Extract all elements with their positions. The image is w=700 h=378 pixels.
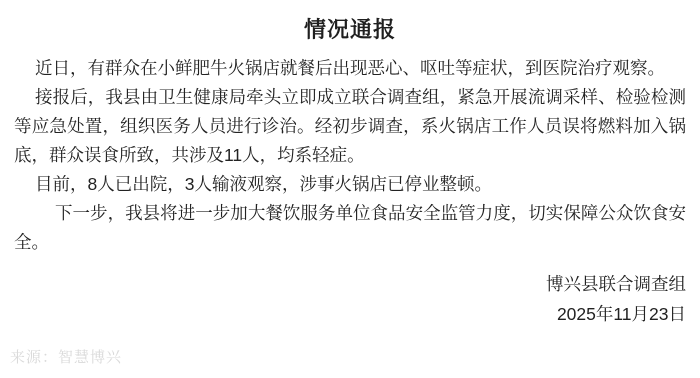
notice-paragraph: 目前，8人已出院，3人输液观察，涉事火锅店已停业整顿。 [14, 170, 686, 199]
notice-paragraph: 接报后，我县由卫生健康局牵头立即成立联合调查组，紧急开展流调采样、检验检测等应急… [14, 83, 686, 170]
notice-paragraph: 下一步，我县将进一步加大餐饮服务单位食品安全监管力度，切实保障公众饮食安全。 [14, 199, 686, 257]
signature-block: 博兴县联合调查组 2025年11月23日 [0, 269, 700, 329]
page-title: 情况通报 [0, 0, 700, 44]
notice-paragraph: 近日，有群众在小鲜肥牛火锅店就餐后出现恶心、呕吐等症状，到医院治疗观察。 [14, 54, 686, 83]
signature: 博兴县联合调查组 [0, 269, 686, 299]
notice-body: 近日，有群众在小鲜肥牛火锅店就餐后出现恶心、呕吐等症状，到医院治疗观察。 接报后… [0, 44, 700, 257]
source-watermark: 来源：智慧博兴 [10, 346, 122, 367]
notice-date: 2025年11月23日 [0, 299, 686, 329]
notice-page: 情况通报 近日，有群众在小鲜肥牛火锅店就餐后出现恶心、呕吐等症状，到医院治疗观察… [0, 0, 700, 378]
